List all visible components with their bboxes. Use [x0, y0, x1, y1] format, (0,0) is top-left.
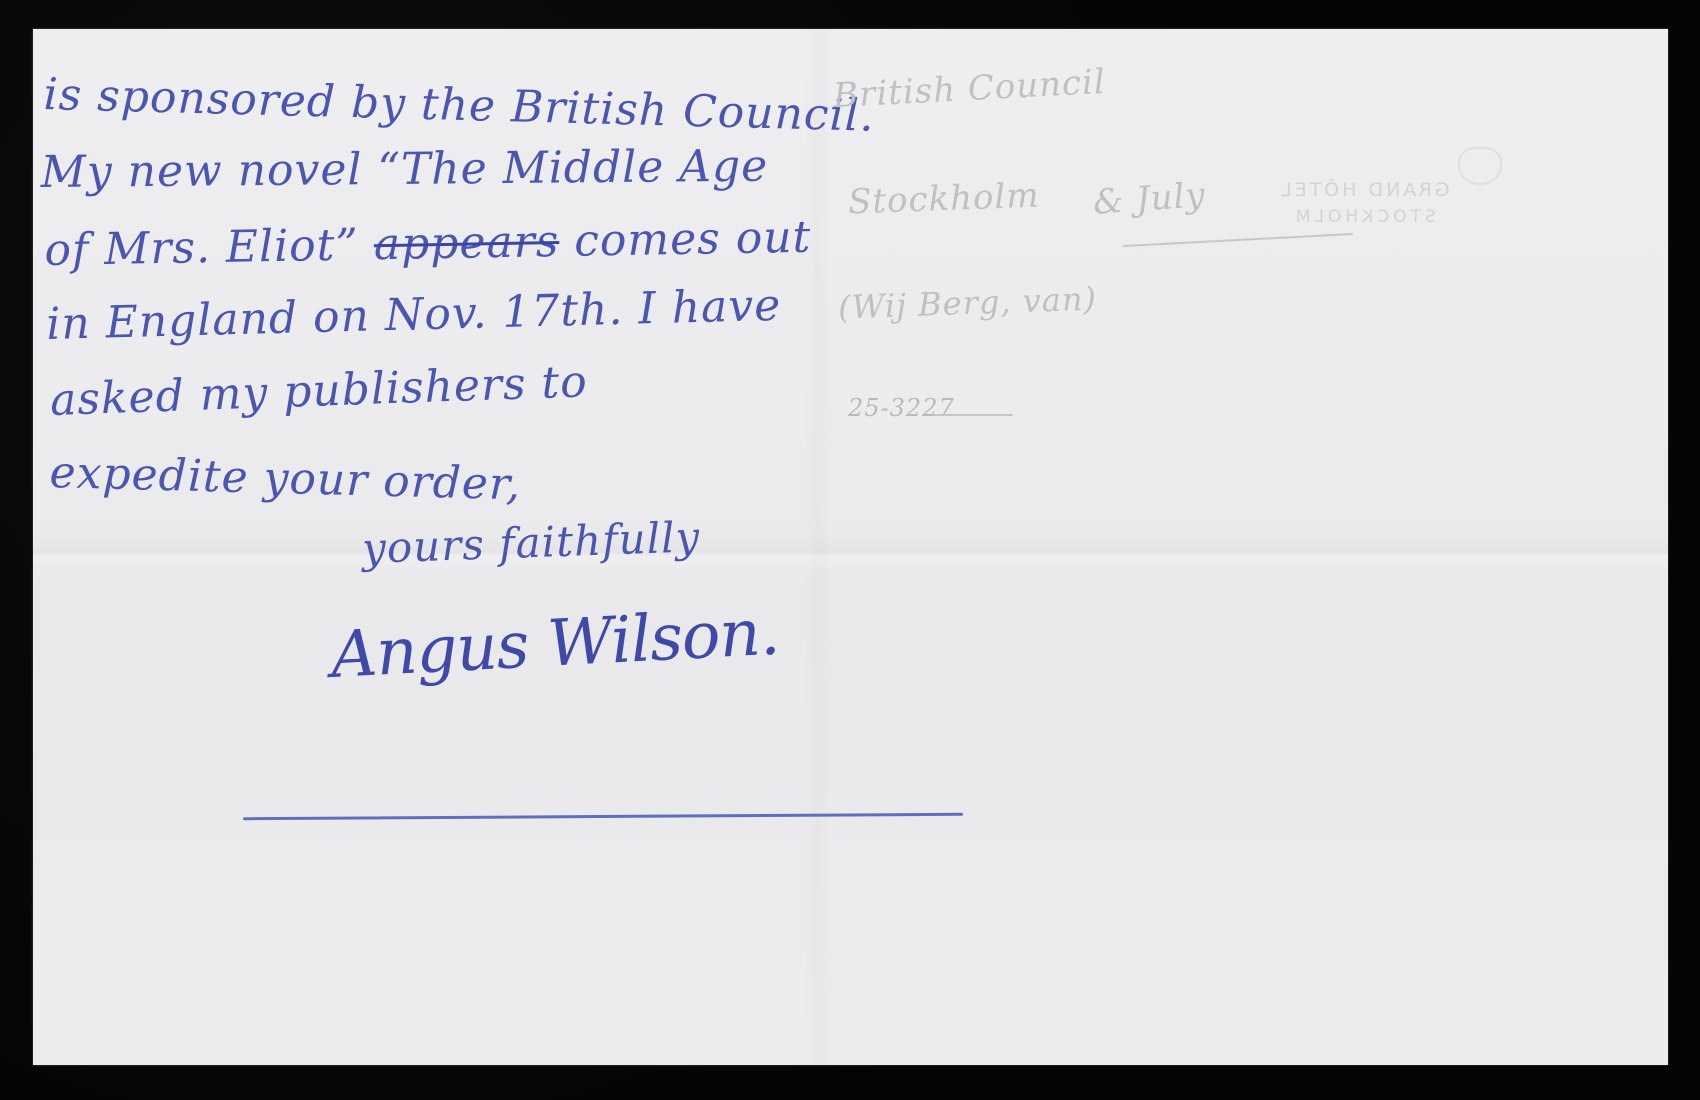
pencil-note-phone: 25-3227 [848, 394, 955, 422]
letterhead-hotel-name: GRAND HÔTEL [1278, 179, 1449, 201]
letterhead-bleedthrough: GRAND HÔTEL STOCKHOLM [1278, 179, 1449, 227]
signature-underline [243, 813, 963, 820]
pencil-note-date: & July [1092, 175, 1207, 223]
vertical-fold-crease [803, 29, 833, 1065]
horizontal-fold-crease [33, 534, 1668, 574]
letter-line-3-start: of Mrs. Eliot” [44, 220, 359, 276]
pencil-dash [933, 414, 1013, 416]
letter-line-6: expedite your order, [49, 447, 522, 510]
letter-line-5: asked my publishers to [49, 356, 588, 426]
struck-word: appears [373, 216, 559, 270]
pencil-note-name: (Wij Berg, van) [837, 279, 1097, 326]
closing-line: yours faithfully [361, 512, 701, 573]
pencil-note-british-council: British Council [832, 62, 1107, 116]
pencil-underline [1123, 233, 1353, 247]
letter-line-3-end: comes out [574, 212, 812, 267]
letter-line-2: My new novel “The Middle Age [41, 141, 769, 198]
signature: Angus Wilson. [329, 596, 781, 693]
letter-line-4: in England on Nov. 17th. I have [46, 280, 782, 350]
pencil-note-stockholm: Stockholm [847, 176, 1040, 223]
letterhead-city: STOCKHOLM [1278, 207, 1449, 227]
letter-line-3: of Mrs. Eliot” appears comes out [44, 212, 812, 276]
hotel-crest-bleedthrough [1458, 147, 1502, 185]
letter-line-1: is sponsored by the British Council. [43, 69, 875, 142]
letter-sheet: is sponsored by the British Council. My … [33, 29, 1668, 1065]
